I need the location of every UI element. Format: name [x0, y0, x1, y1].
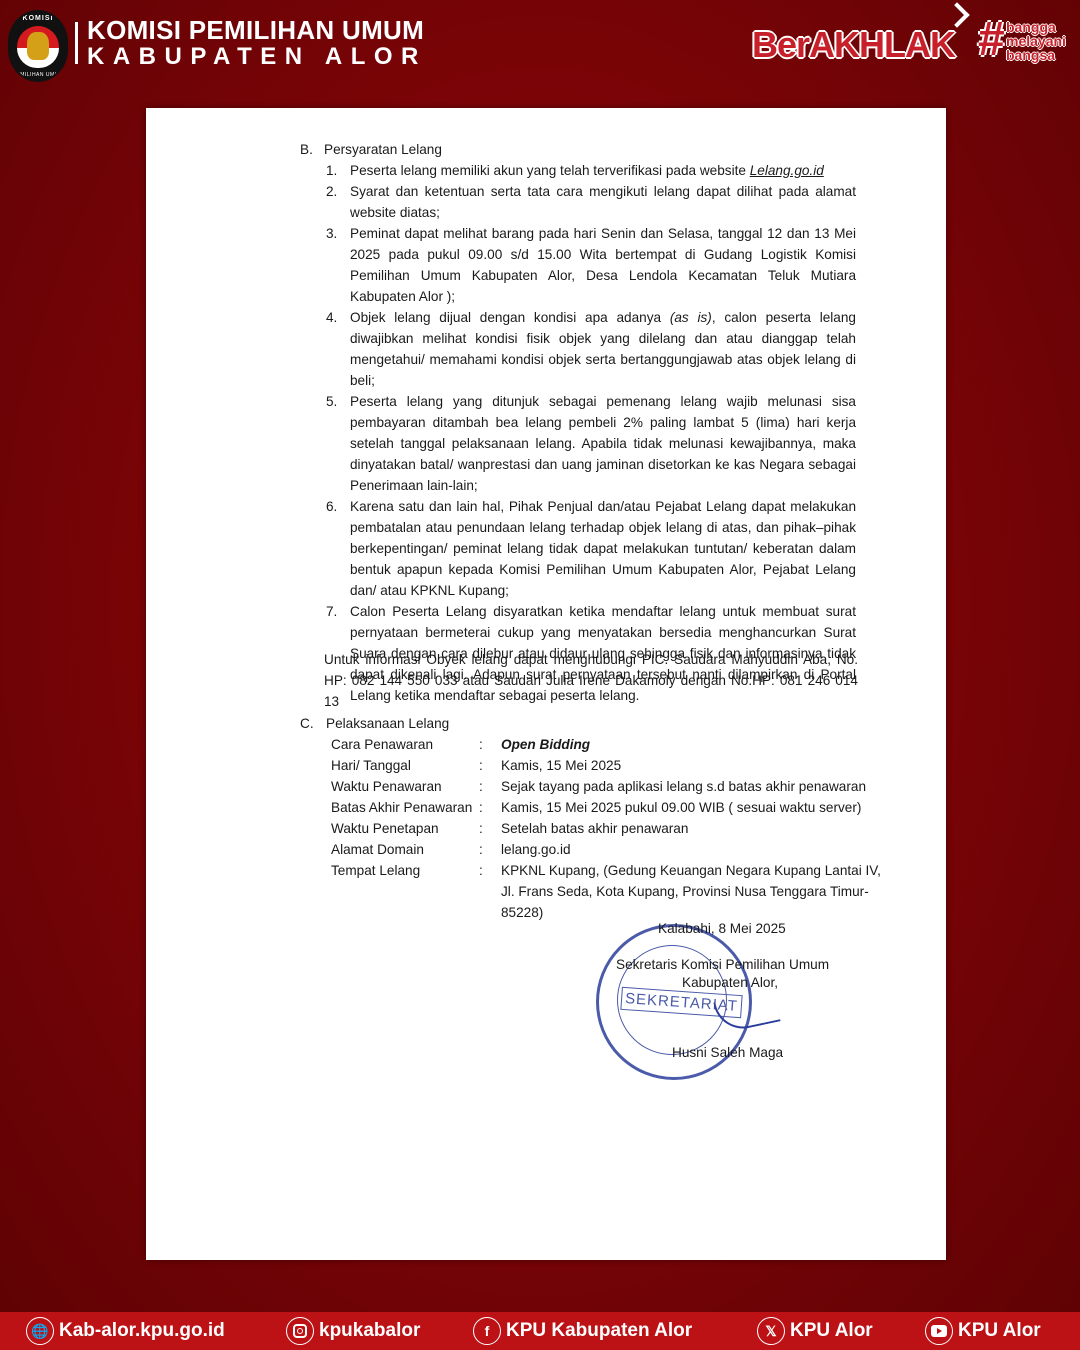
signature-place-date: Kalabahi, 8 Mei 2025: [658, 918, 786, 939]
item-italic-text: (as is): [670, 310, 712, 325]
section-c-heading: C.Pelaksanaan Lelang: [300, 713, 449, 734]
section-letter: B.: [300, 139, 324, 160]
schedule-row: Cara Penawaran : Open Bidding: [331, 734, 891, 755]
row-value: KPKNL Kupang, (Gedung Keuangan Negara Ku…: [501, 860, 891, 923]
hashtag-word: melayani: [1006, 34, 1066, 48]
section-title: Pelaksanaan Lelang: [326, 716, 449, 731]
garuda-icon: [27, 32, 49, 60]
auction-schedule: Cara Penawaran : Open Bidding Hari/ Tang…: [331, 734, 891, 923]
item-number: 4.: [326, 307, 337, 328]
facebook-icon: f: [473, 1317, 501, 1345]
section-letter: C.: [300, 713, 326, 734]
item-text: Peminat dapat melihat barang pada hari S…: [350, 226, 856, 304]
row-value: Open Bidding: [501, 734, 891, 755]
row-value: Setelah batas akhir penawaran: [501, 818, 891, 839]
contact-info: Untuk informasi Obyek lelang dapat mengh…: [324, 649, 858, 712]
facebook-link[interactable]: f KPU Kabupaten Alor: [473, 1316, 692, 1346]
x-twitter-icon: 𝕏: [757, 1317, 785, 1345]
requirements-list: 1. Peserta lelang memiliki akun yang tel…: [322, 160, 856, 706]
schedule-row: Tempat Lelang : KPKNL Kupang, (Gedung Ke…: [331, 860, 891, 923]
section-b-heading: B.Persyaratan Lelang: [300, 139, 442, 160]
website-link[interactable]: 🌐 Kab-alor.kpu.go.id: [26, 1316, 225, 1346]
row-label: Cara Penawaran: [331, 734, 479, 755]
lelang-link[interactable]: Lelang.go.id: [750, 163, 824, 178]
item-number: 5.: [326, 391, 337, 412]
header: KOMISI PEMILIHAN UMUM KOMISI PEMILIHAN U…: [0, 0, 1080, 95]
item-number: 7.: [326, 601, 337, 622]
schedule-row: Batas Akhir Penawaran : Kamis, 15 Mei 20…: [331, 797, 891, 818]
row-label: Waktu Penawaran: [331, 776, 479, 797]
list-item: 5. Peserta lelang yang ditunjuk sebagai …: [322, 391, 856, 496]
kpu-logo: KOMISI PEMILIHAN UMUM: [8, 10, 68, 82]
list-item: 3. Peminat dapat melihat barang pada har…: [322, 223, 856, 307]
item-text: Objek lelang dijual dengan kondisi apa a…: [350, 310, 670, 325]
row-label: Alamat Domain: [331, 839, 479, 860]
row-colon: :: [479, 755, 501, 776]
schedule-row: Waktu Penetapan : Setelah batas akhir pe…: [331, 818, 891, 839]
org-subtitle: KABUPATEN ALOR: [87, 44, 427, 70]
item-text: Karena satu dan lain hal, Pihak Penjual …: [350, 499, 856, 598]
logo-top-text: KOMISI: [10, 15, 66, 22]
list-item: 1. Peserta lelang memiliki akun yang tel…: [322, 160, 856, 181]
website-label: Kab-alor.kpu.go.id: [59, 1320, 225, 1342]
list-item: 4. Objek lelang dijual dengan kondisi ap…: [322, 307, 856, 391]
row-colon: :: [479, 776, 501, 797]
footer-social-bar: 🌐 Kab-alor.kpu.go.id kpukabalor f KPU Ka…: [0, 1312, 1080, 1350]
row-colon: :: [479, 839, 501, 860]
logo-bottom-text: PEMILIHAN UMUM: [10, 72, 66, 78]
item-number: 3.: [326, 223, 337, 244]
item-text: Syarat dan ketentuan serta tata cara men…: [350, 184, 856, 220]
instagram-label: kpukabalor: [319, 1320, 420, 1342]
row-value: Sejak tayang pada aplikasi lelang s.d ba…: [501, 776, 891, 797]
x-link[interactable]: 𝕏 KPU Alor: [757, 1316, 873, 1346]
item-number: 2.: [326, 181, 337, 202]
header-divider: [75, 22, 78, 64]
row-colon: :: [479, 797, 501, 818]
hashtag-word: bangsa: [1006, 48, 1066, 62]
hashtag-words: bangga melayani bangsa: [1006, 20, 1066, 62]
row-label: Tempat Lelang: [331, 860, 479, 923]
row-value: Kamis, 15 Mei 2025: [501, 755, 891, 776]
row-label: Batas Akhir Penawaran: [331, 797, 479, 818]
schedule-row: Alamat Domain : lelang.go.id: [331, 839, 891, 860]
item-number: 1.: [326, 160, 337, 181]
x-label: KPU Alor: [790, 1320, 873, 1342]
schedule-row: Waktu Penawaran : Sejak tayang pada apli…: [331, 776, 891, 797]
row-colon: :: [479, 860, 501, 923]
globe-icon: 🌐: [26, 1317, 54, 1345]
row-label: Hari/ Tanggal: [331, 755, 479, 776]
hashtag-icon: #: [978, 16, 1005, 64]
item-text: Peserta lelang yang ditunjuk sebagai pem…: [350, 394, 856, 493]
row-colon: :: [479, 734, 501, 755]
facebook-label: KPU Kabupaten Alor: [506, 1320, 692, 1342]
list-item: 6. Karena satu dan lain hal, Pihak Penju…: [322, 496, 856, 601]
youtube-label: KPU Alor: [958, 1320, 1041, 1342]
instagram-link[interactable]: kpukabalor: [286, 1316, 420, 1346]
row-colon: :: [479, 818, 501, 839]
youtube-link[interactable]: KPU Alor: [925, 1316, 1041, 1346]
youtube-icon: [925, 1317, 953, 1345]
row-label: Waktu Penetapan: [331, 818, 479, 839]
org-title: KOMISI PEMILIHAN UMUM: [87, 16, 424, 44]
item-number: 6.: [326, 496, 337, 517]
section-title: Persyaratan Lelang: [324, 142, 442, 157]
signature-block: SEKRETARIAT Kalabahi, 8 Mei 2025 Sekreta…: [596, 916, 836, 1086]
document-page: B.Persyaratan Lelang 1. Peserta lelang m…: [146, 108, 946, 1260]
row-value: lelang.go.id: [501, 839, 891, 860]
list-item: 2. Syarat dan ketentuan serta tata cara …: [322, 181, 856, 223]
instagram-icon: [286, 1317, 314, 1345]
signatory-name: Husni Saleh Maga: [672, 1042, 783, 1063]
item-text: Peserta lelang memiliki akun yang telah …: [350, 163, 750, 178]
berakhlak-logo: BerAKHLAK: [752, 24, 955, 66]
schedule-row: Hari/ Tanggal : Kamis, 15 Mei 2025: [331, 755, 891, 776]
row-value: Kamis, 15 Mei 2025 pukul 09.00 WIB ( ses…: [501, 797, 891, 818]
hashtag-word: bangga: [1006, 20, 1066, 34]
signature-title-cont: Kabupaten Alor,: [682, 972, 778, 993]
